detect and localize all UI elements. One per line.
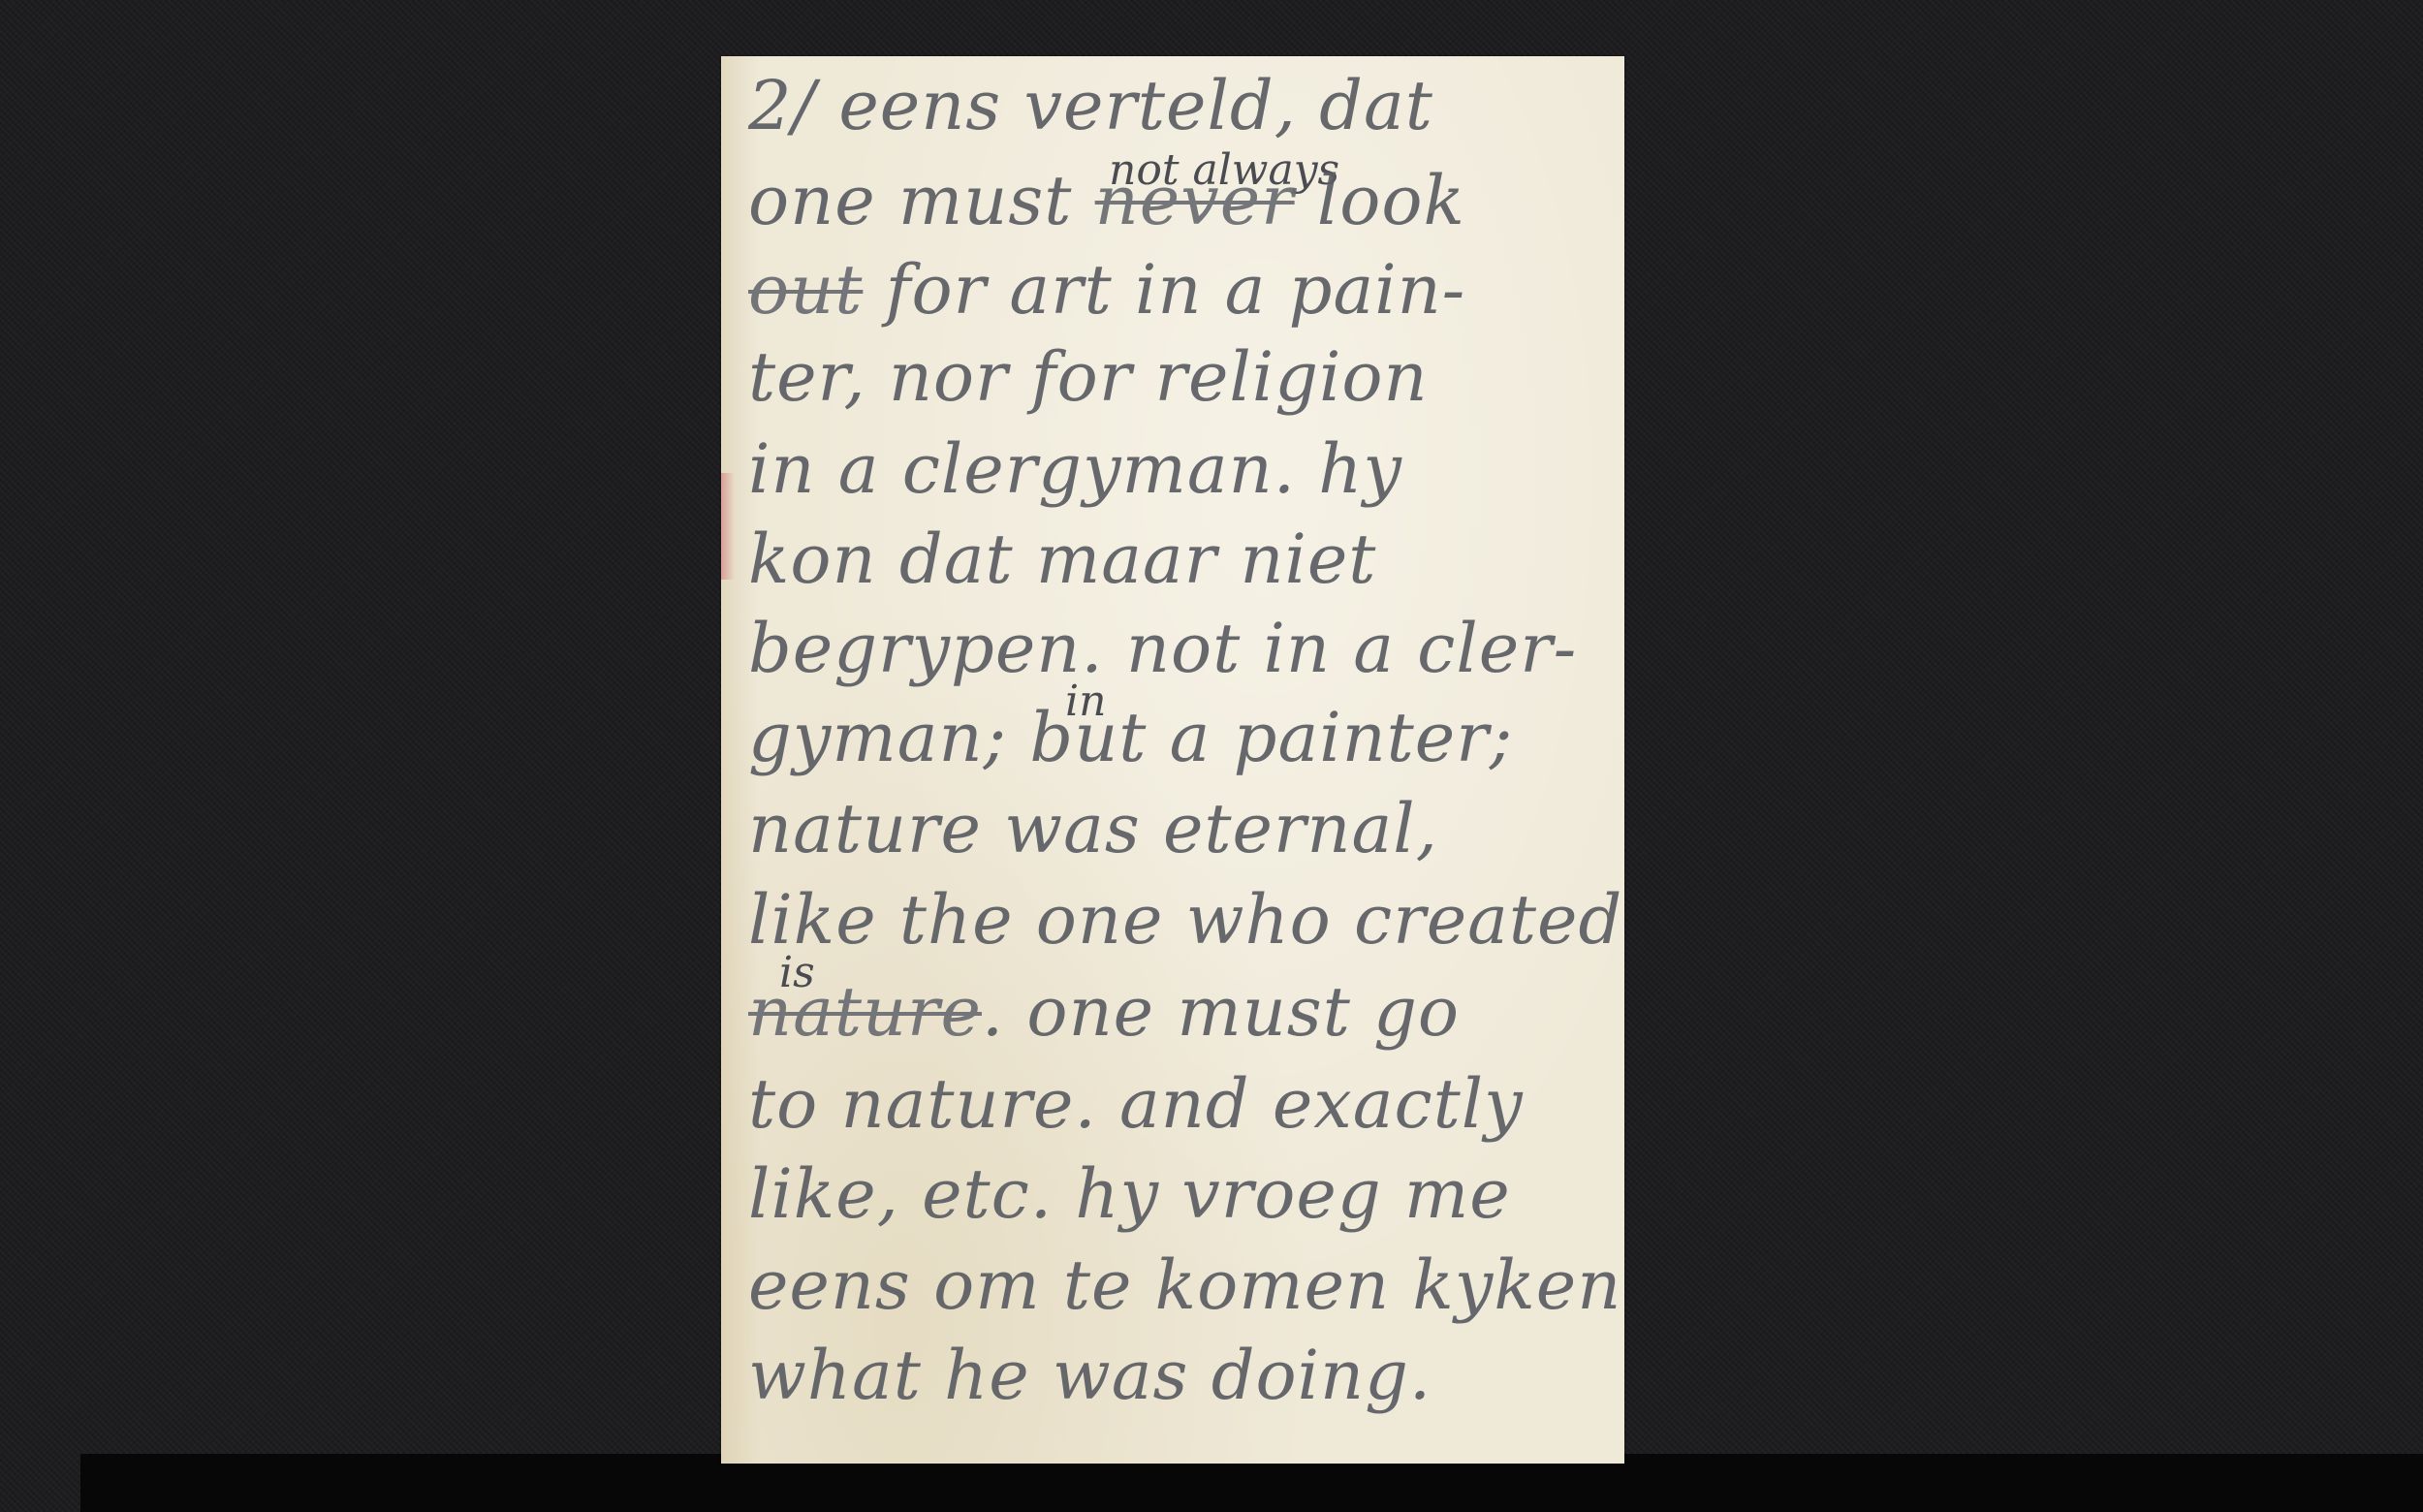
struck-word: never xyxy=(1095,161,1295,240)
line-13: like, etc. hy vroeg me xyxy=(748,1154,1511,1234)
line-12: to nature. and exactly xyxy=(748,1064,1524,1144)
line-1: 2/ eens verteld, dat xyxy=(748,66,1433,145)
line-10: like the one who created xyxy=(748,880,1622,960)
struck-word: nature xyxy=(748,972,982,1052)
line-14: eens om te komen kyken xyxy=(748,1245,1621,1325)
line-6: kon dat maar niet xyxy=(748,520,1376,599)
line-15: what he was doing. xyxy=(748,1336,1432,1415)
struck-word: out xyxy=(748,250,863,330)
line-4: ter, nor for religion xyxy=(748,337,1429,417)
line-11-post: . one must go xyxy=(982,972,1460,1052)
line-8: gyman; but a painter; xyxy=(748,698,1513,777)
line-5: in a clergyman. hy xyxy=(748,429,1402,509)
line-7: begrypen. not in a cler- xyxy=(748,609,1577,688)
line-3: out for art in a pain- xyxy=(748,250,1465,330)
line-9: nature was eternal, xyxy=(748,789,1438,868)
pink-stain-mark xyxy=(721,473,735,580)
line-11: nature. one must go xyxy=(748,972,1460,1052)
line-2-pre: one must xyxy=(748,161,1095,240)
line-8-pre: gyman; but xyxy=(748,698,1170,777)
line-3-post: for art in a pain- xyxy=(863,250,1465,330)
manuscript-page: 2/ eens verteld, dat not always one must… xyxy=(721,56,1624,1464)
line-8-post: a painter; xyxy=(1170,698,1514,777)
line-2-post: look xyxy=(1295,161,1465,240)
line-2: one must never look xyxy=(748,161,1465,240)
